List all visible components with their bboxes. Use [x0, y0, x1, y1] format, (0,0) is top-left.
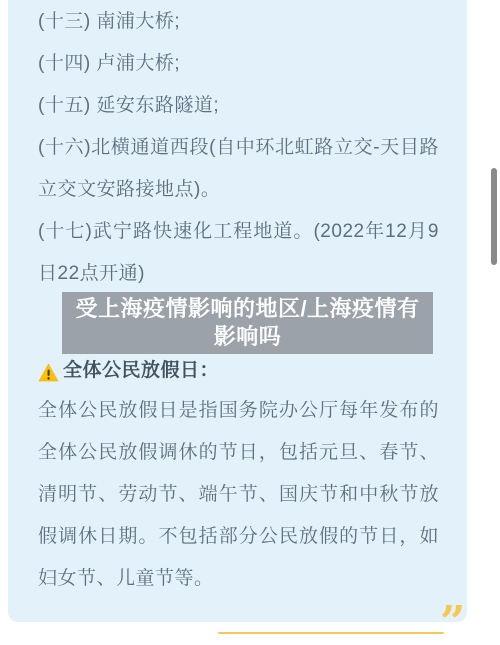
- road-list-item-14: (十四) 卢浦大桥;: [38, 43, 439, 85]
- road-list-item-16: (十六)北横通道西段(自中环北虹路立交-天目路立交文安路接地点)。: [38, 127, 439, 211]
- footer-divider-line: [218, 632, 444, 634]
- holiday-heading: 全体公民放假日：: [38, 356, 439, 386]
- article-card: (十三) 南浦大桥; (十四) 卢浦大桥; (十五) 延安东路隧道; (十六)北…: [8, 0, 467, 622]
- holiday-heading-text: 全体公民放假日：: [63, 356, 219, 386]
- road-list-item-13: (十三) 南浦大桥;: [38, 1, 439, 43]
- page: (十三) 南浦大桥; (十四) 卢浦大桥; (十五) 延安东路隧道; (十六)北…: [0, 0, 500, 645]
- warning-triangle-icon: [38, 362, 59, 381]
- holiday-body-text: 全体公民放假日是指国务院办公厅每年发布的全体公民放假调休的节日，包括元旦、春节、…: [38, 390, 439, 600]
- road-list-item-17: (十七)武宁路快速化工程地道。(2022年12月9日22点开通): [38, 211, 439, 295]
- highlight-title-link[interactable]: 受上海疫情影响的地区/上海疫情有影响吗: [62, 292, 433, 354]
- closing-quote-icon: ”: [440, 601, 465, 645]
- road-list-item-15: (十五) 延安东路隧道;: [38, 85, 439, 127]
- scrollbar-thumb[interactable]: [491, 168, 497, 265]
- article-content: (十三) 南浦大桥; (十四) 卢浦大桥; (十五) 延安东路隧道; (十六)北…: [38, 1, 439, 600]
